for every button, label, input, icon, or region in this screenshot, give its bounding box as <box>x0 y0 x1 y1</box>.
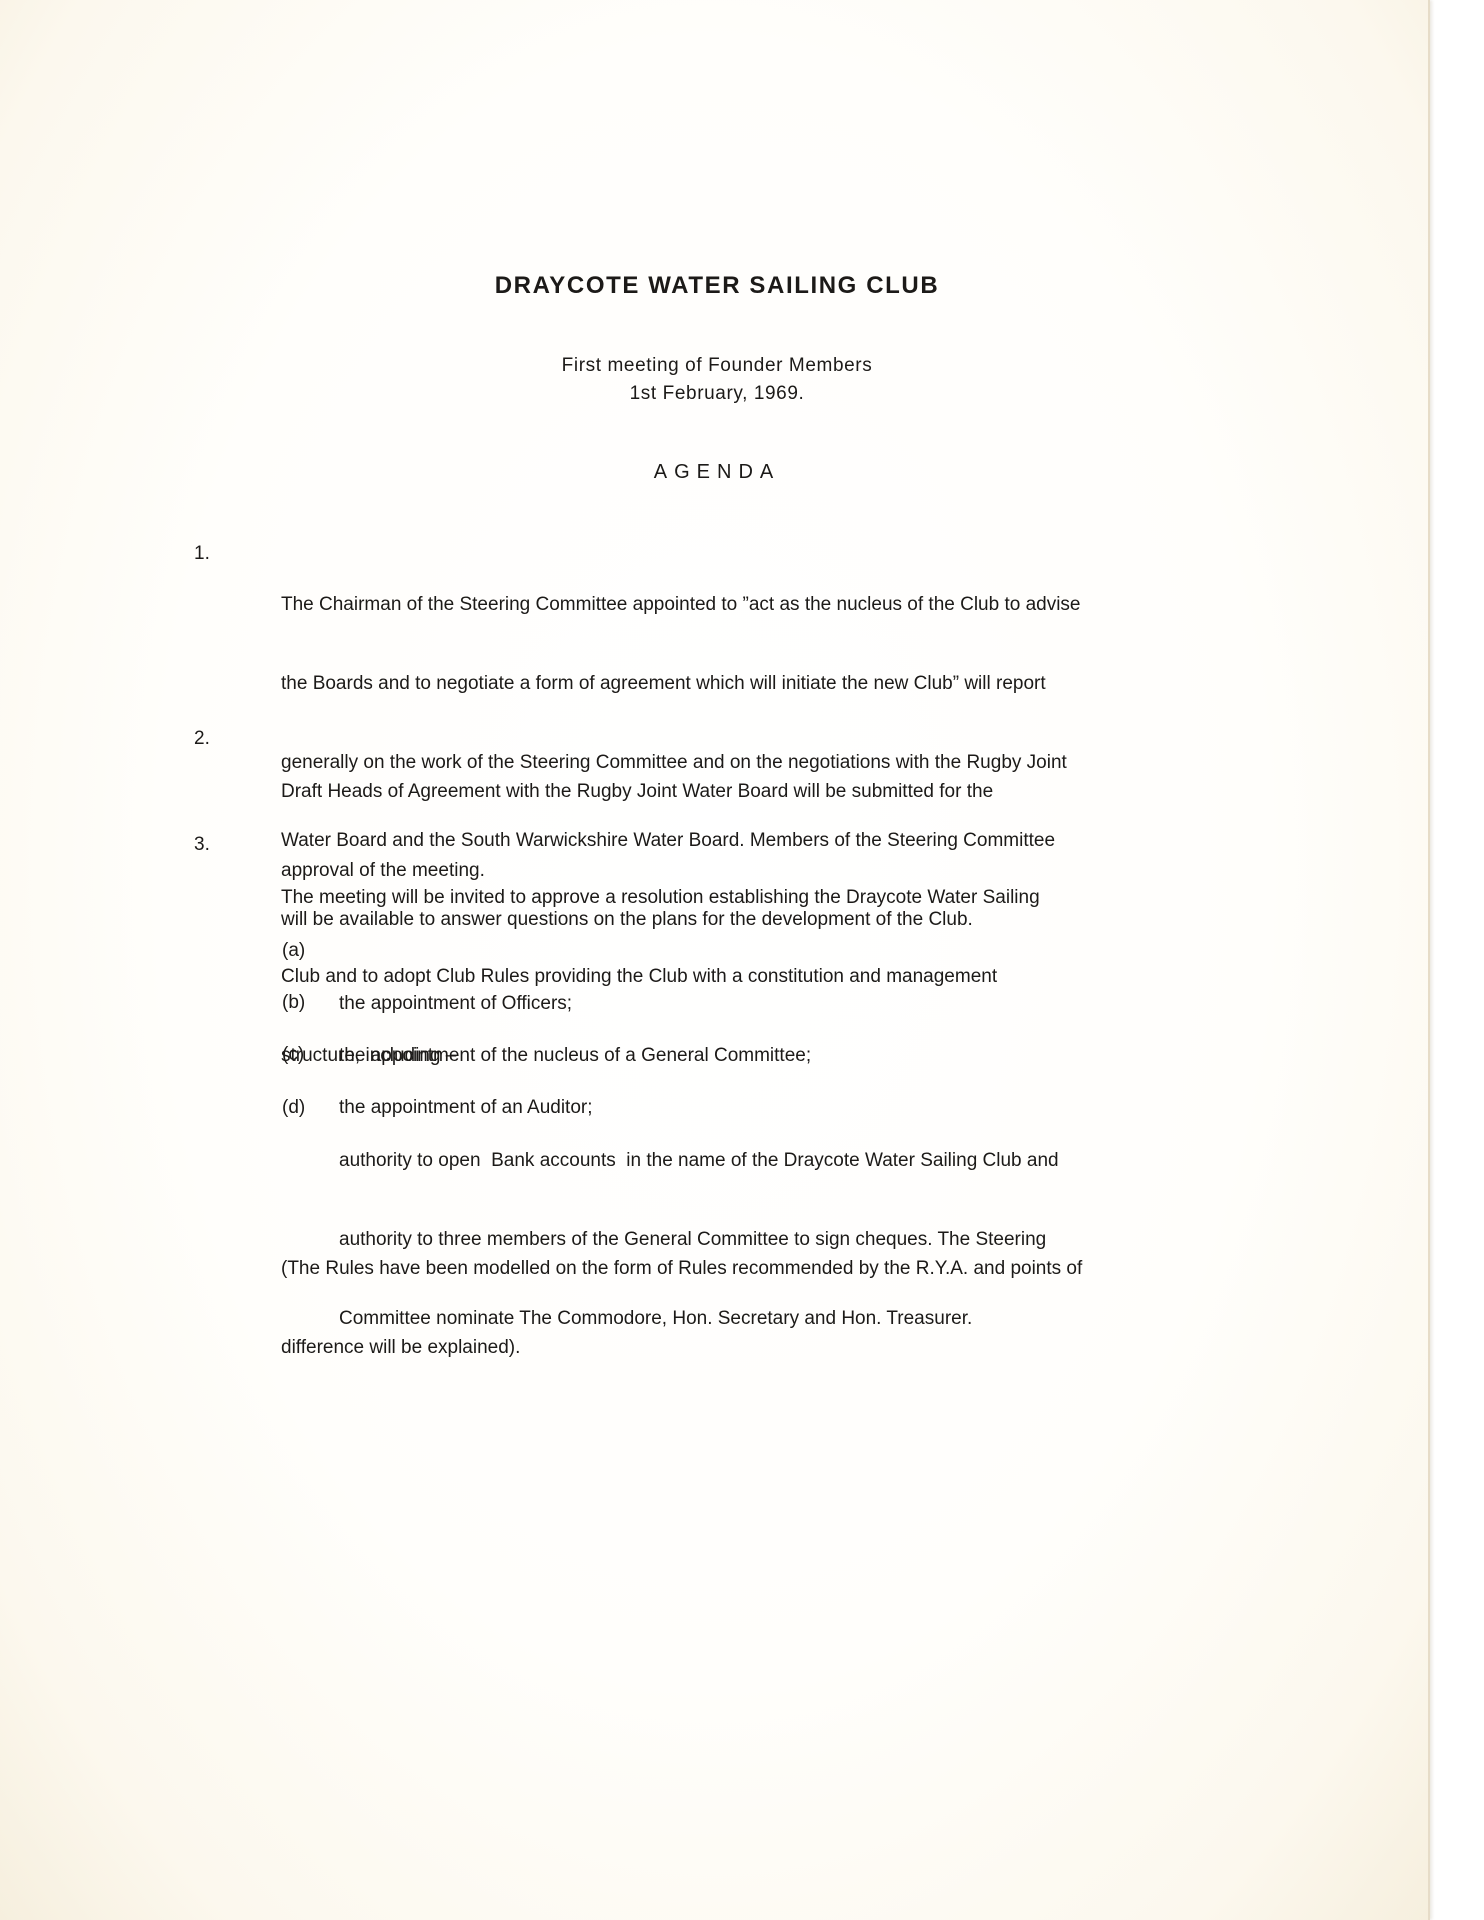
item-number: 3. <box>194 834 210 856</box>
meeting-subtitle: First meeting of Founder Members <box>0 355 1434 377</box>
item-number: 2. <box>194 728 210 750</box>
text-line: Draft Heads of Agreement with the Rugby … <box>281 779 993 805</box>
subitem-label: (d) <box>282 1097 305 1119</box>
text-line: difference will be explained). <box>281 1335 1082 1361</box>
subitem-label: (a) <box>282 940 305 962</box>
text-line: (The Rules have been modelled on the for… <box>281 1256 1082 1282</box>
subitem-label: (b) <box>282 992 305 1014</box>
text-line: the Boards and to negotiate a form of ag… <box>281 671 1081 697</box>
meeting-date: 1st February, 1969. <box>0 383 1434 405</box>
text-line: The meeting will be invited to approve a… <box>281 885 1040 911</box>
text-line: The Chairman of the Steering Committee a… <box>281 592 1081 618</box>
item-number: 1. <box>194 543 210 565</box>
subitem-label: (c) <box>282 1044 304 1066</box>
document-page: DRAYCOTE WATER SAILING CLUB First meetin… <box>0 0 1430 1920</box>
document-title: DRAYCOTE WATER SAILING CLUB <box>0 272 1434 300</box>
rules-note: (The Rules have been modelled on the for… <box>281 1204 1082 1414</box>
text-line: authority to open Bank accounts in the n… <box>339 1148 1059 1174</box>
agenda-heading: AGENDA <box>0 461 1434 484</box>
